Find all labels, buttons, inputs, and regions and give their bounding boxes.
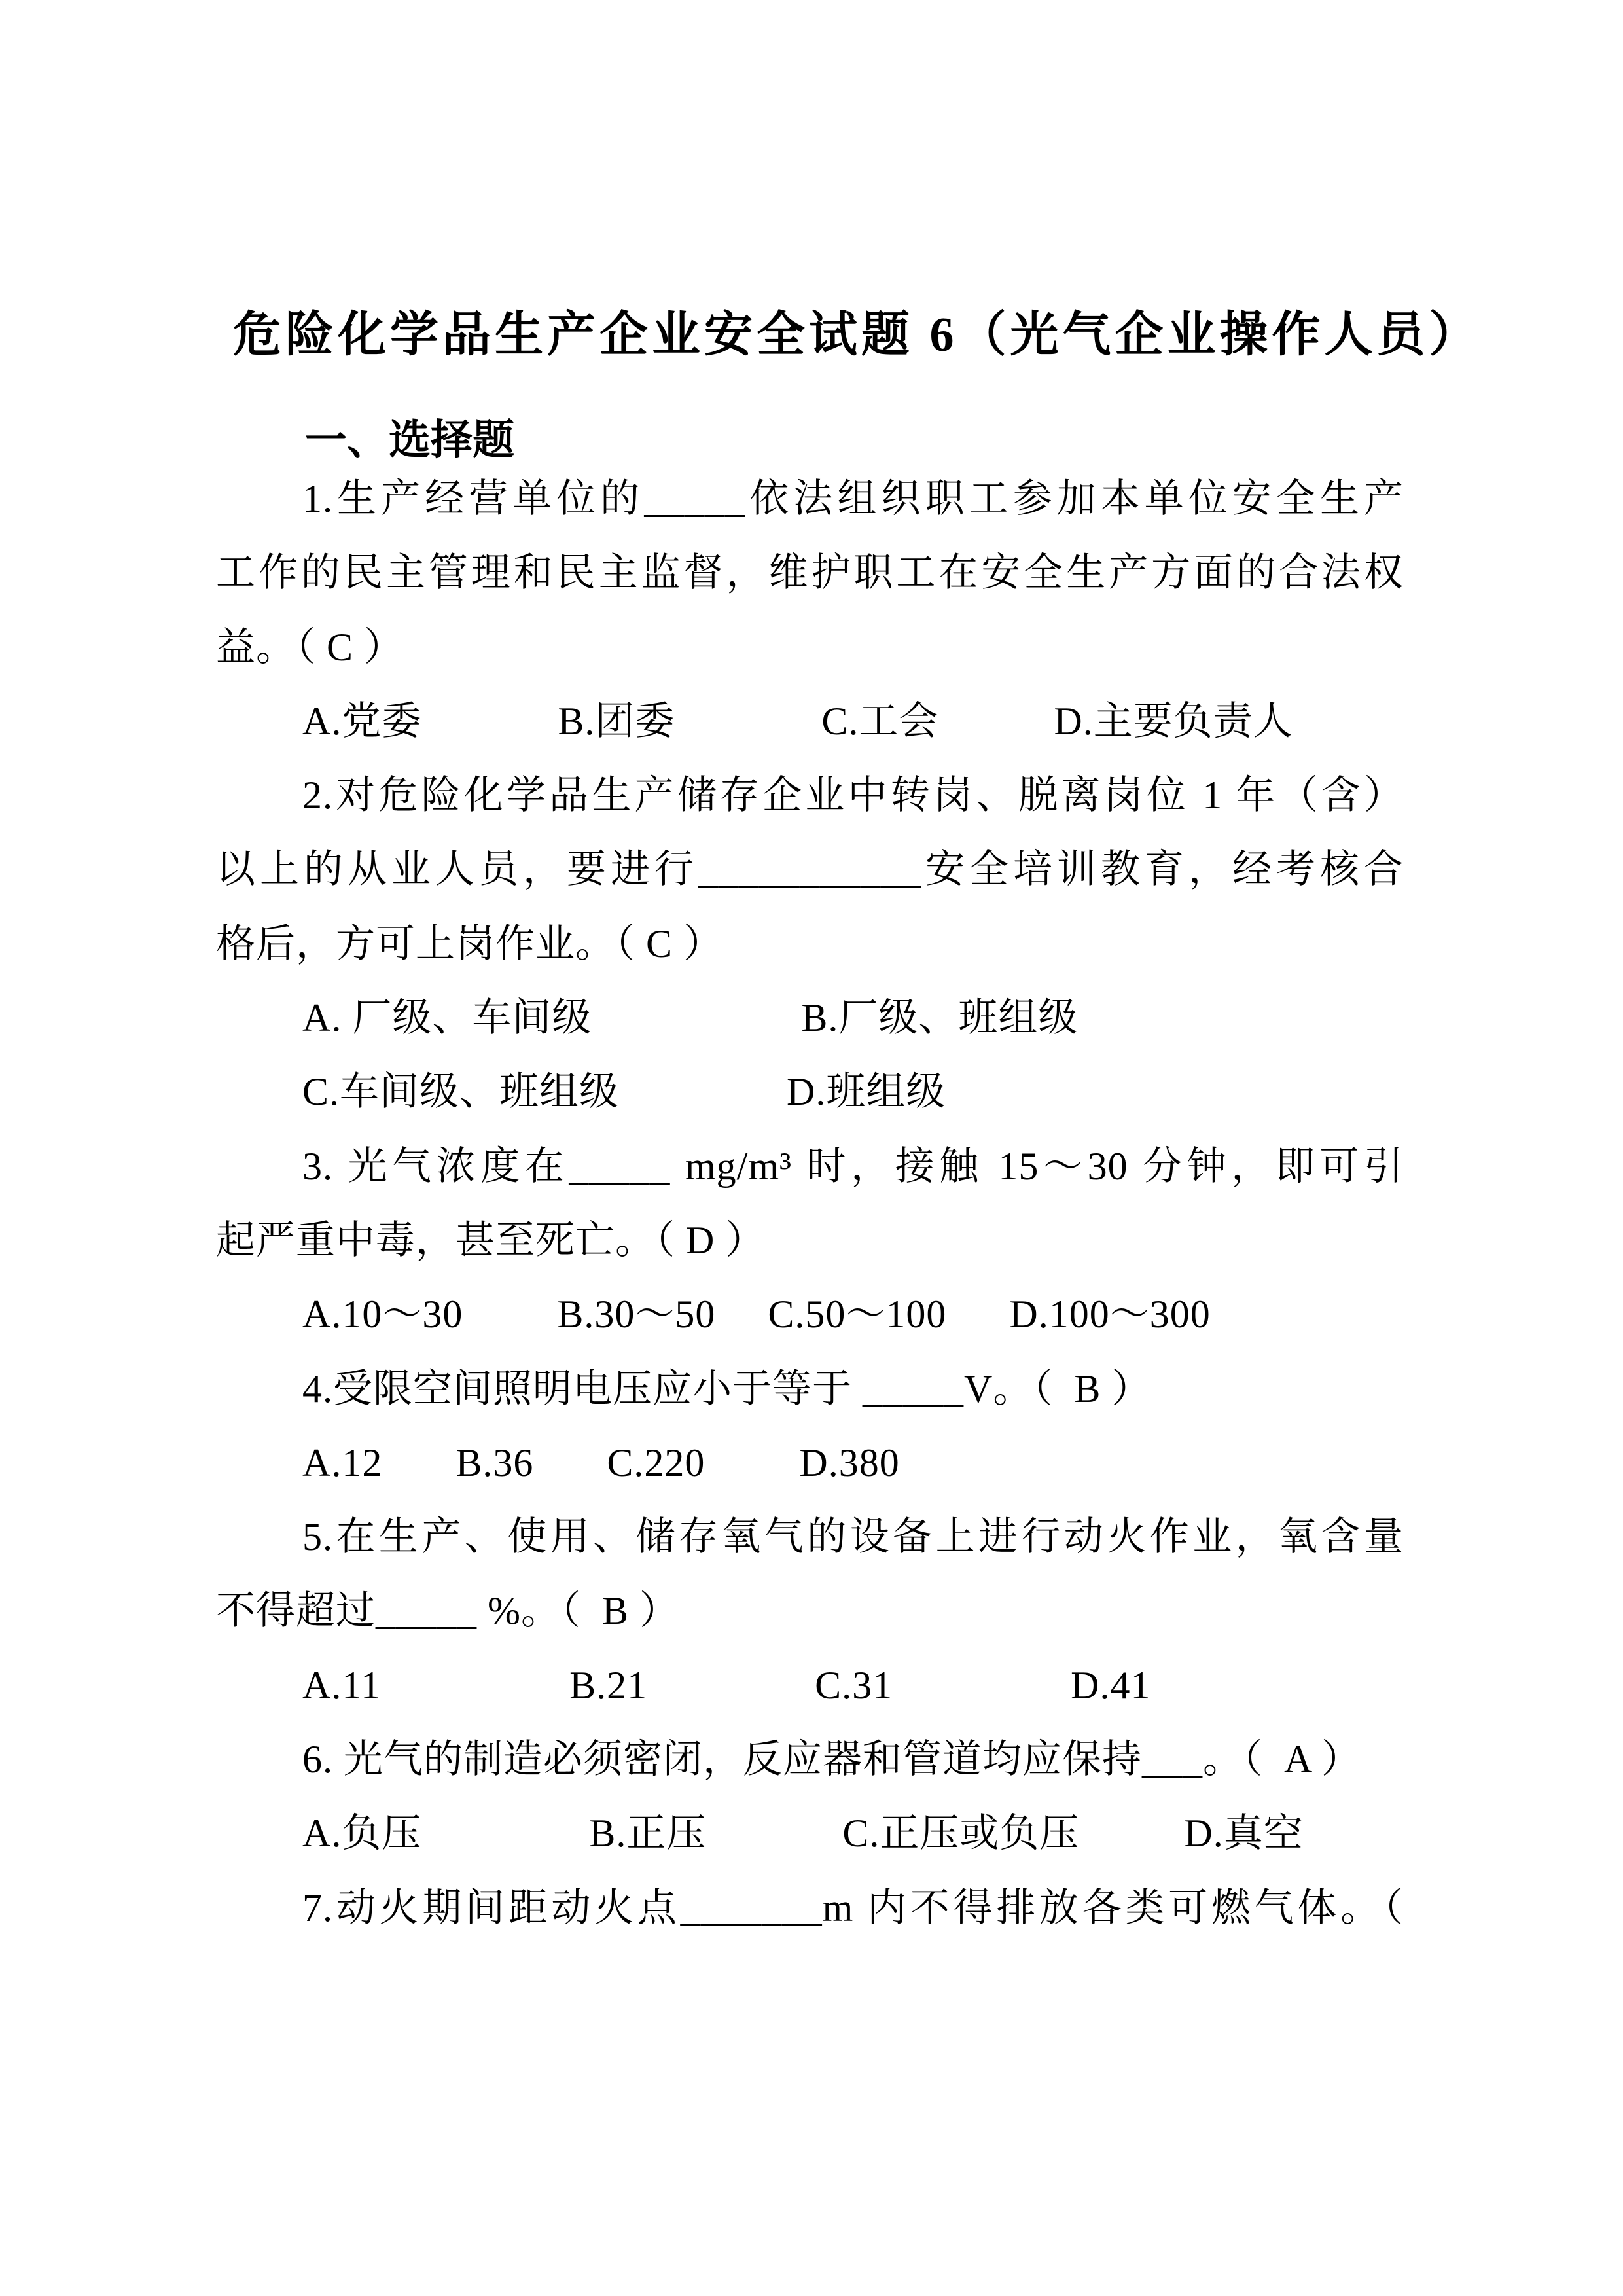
document-line: A.10～30 B.30～50 C.50～100 D.100～300 xyxy=(216,1278,1404,1352)
document-line: 不得超过_____ %。（ B ） xyxy=(216,1574,1404,1648)
document-line: A. 厂级、车间级 B.厂级、班组级 xyxy=(216,981,1404,1055)
document-line: 6. 光气的制造必须密闭，反应器和管道均应保持___。（ A ） xyxy=(216,1723,1404,1797)
document-line: 格后，方可上岗作业。（ C ） xyxy=(216,907,1404,981)
document-line: 3. 光气浓度在_____ mg/m³ 时，接触 15～30 分钟，即可引 xyxy=(216,1130,1404,1204)
page-title: 危险化学品生产企业安全试题 6（光气企业操作人员） xyxy=(233,296,1482,374)
document-line: A.负压 B.正压 C.正压或负压 D.真空 xyxy=(216,1797,1404,1871)
document-line: 起严重中毒，甚至死亡。（ D ） xyxy=(216,1204,1404,1278)
document-line: 工作的民主管理和民主监督，维护职工在安全生产方面的合法权 xyxy=(216,536,1404,610)
document-body: 1.生产经营单位的_____依法组织职工参加本单位安全生产工作的民主管理和民主监… xyxy=(216,462,1404,1945)
document-line: C.车间级、班组级 D.班组级 xyxy=(216,1055,1404,1129)
document-line: 2.对危险化学品生产储存企业中转岗、脱离岗位 1 年（含） xyxy=(216,759,1404,833)
document-line: 4.受限空间照明电压应小于等于 _____V。（ B ） xyxy=(216,1352,1404,1426)
document-line: A.12 B.36 C.220 D.380 xyxy=(216,1426,1404,1500)
document-line: 以上的从业人员，要进行___________安全培训教育，经考核合 xyxy=(216,833,1404,906)
document-line: 7.动火期间距动火点_______m 内不得排放各类可燃气体。（ xyxy=(216,1871,1404,1945)
document-page: 危险化学品生产企业安全试题 6（光气企业操作人员） 一、选择题 1.生产经营单位… xyxy=(0,0,1623,2296)
document-line: 1.生产经营单位的_____依法组织职工参加本单位安全生产 xyxy=(216,462,1404,536)
document-line: 5.在生产、使用、储存氧气的设备上进行动火作业，氧含量 xyxy=(216,1500,1404,1574)
document-line: A.党委 B.团委 C.工会 D.主要负责人 xyxy=(216,685,1404,759)
document-line: 益。（ C ） xyxy=(216,611,1404,685)
document-line: A.11 B.21 C.31 D.41 xyxy=(216,1649,1404,1723)
